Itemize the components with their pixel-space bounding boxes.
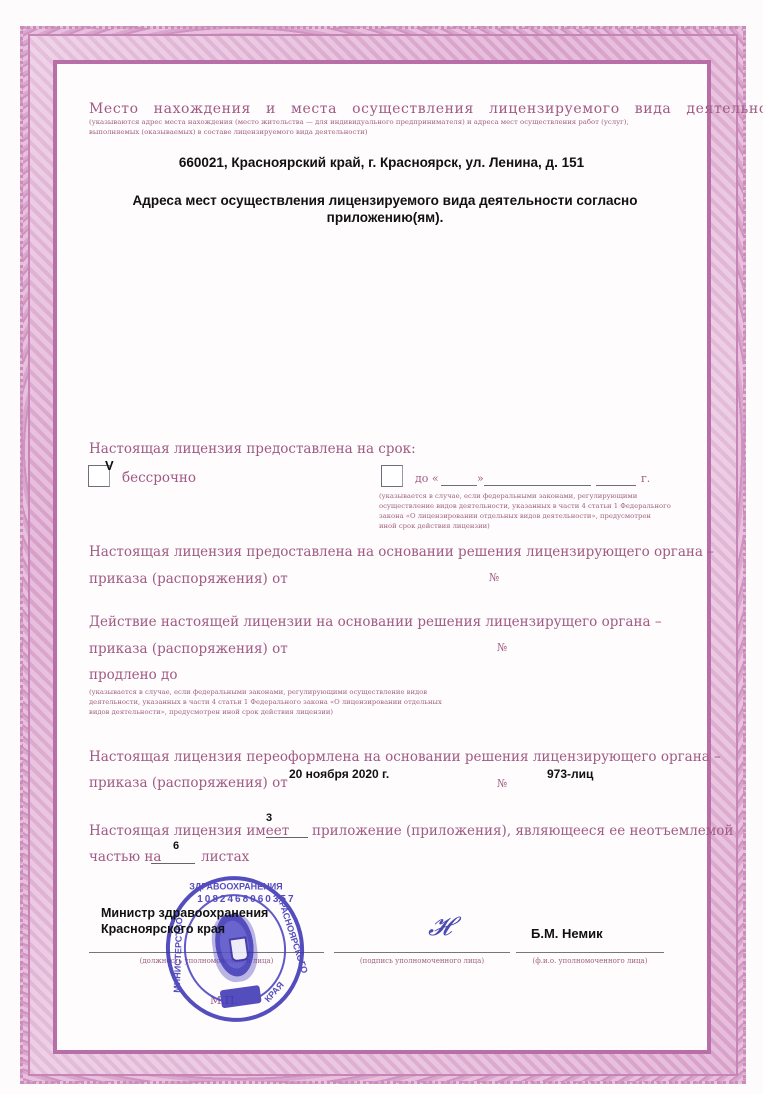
appendix-line1-before: Настоящая лицензия имеет bbox=[89, 823, 289, 839]
until-prefix: до « bbox=[415, 472, 439, 485]
appendix-line2-after: листах bbox=[201, 849, 249, 865]
shield-icon bbox=[229, 936, 250, 962]
until-note-line2: осуществление видов деятельности, указан… bbox=[379, 501, 671, 511]
until-note-line1: (указывается в случае, если федеральными… bbox=[379, 491, 637, 501]
signature-caption: (подпись уполномоченного лица) bbox=[334, 956, 510, 966]
position-line2: Красноярского края bbox=[101, 922, 225, 936]
name-caption: (ф.и.о. уполномоченного лица) bbox=[516, 956, 664, 966]
until-day-field[interactable] bbox=[441, 485, 477, 486]
until-year-suffix: г. bbox=[641, 472, 650, 485]
reissue-line2: приказа (распоряжения) от bbox=[89, 775, 288, 791]
indefinite-label: бессрочно bbox=[122, 470, 196, 486]
addresses-note-line2: приложению(ям). bbox=[60, 210, 710, 225]
granted-line1: Настоящая лицензия предоставлена на осно… bbox=[89, 544, 714, 560]
extension-note-line3: видов деятельности», предусмотрен иной с… bbox=[89, 707, 333, 717]
license-address: 660021, Красноярский край, г. Красноярск… bbox=[0, 155, 763, 170]
stamp-top-text: ЗДРАВООХРАНЕНИЯ bbox=[189, 881, 282, 891]
extension-line2: приказа (распоряжения) от bbox=[89, 641, 288, 657]
location-note-line2: выполняемых (оказываемых) в составе лице… bbox=[89, 127, 367, 137]
name-line bbox=[516, 952, 664, 953]
signature-line bbox=[334, 952, 510, 953]
handwritten-signature: 𝓗 bbox=[428, 912, 451, 943]
reissue-number-sign: № bbox=[497, 777, 507, 790]
reissue-order-date: 20 ноября 2020 г. bbox=[289, 767, 389, 781]
position-line1: Министр здравоохранения bbox=[101, 906, 268, 920]
addresses-note-line1: Адреса мест осуществления лицензируемого… bbox=[60, 193, 710, 208]
signatory-name: Б.М. Немик bbox=[531, 926, 603, 941]
until-month-field[interactable] bbox=[484, 485, 591, 486]
extension-line1: Действие настоящей лицензии на основании… bbox=[89, 614, 662, 630]
extension-note-line2: деятельности, указанных в части 4 статьи… bbox=[89, 697, 442, 707]
location-note-line1: (указываются адрес места нахождения (мес… bbox=[89, 117, 629, 127]
sheet-count-field bbox=[151, 863, 195, 864]
extension-note-line1: (указывается в случае, если федеральными… bbox=[89, 687, 427, 697]
appendix-count: 3 bbox=[266, 812, 272, 824]
granted-number-sign: № bbox=[489, 571, 499, 584]
appendix-count-field bbox=[266, 837, 308, 838]
until-year-field[interactable] bbox=[596, 485, 636, 486]
until-note-line3: закона «О лицензировании отдельных видов… bbox=[379, 511, 651, 521]
sheet-count: 6 bbox=[173, 840, 179, 852]
until-note-line4: иной срок действия лицензии) bbox=[379, 521, 490, 531]
until-date-checkbox[interactable] bbox=[381, 465, 403, 487]
indefinite-check-mark: V bbox=[105, 458, 114, 473]
until-quote-close: » bbox=[477, 472, 484, 485]
granted-line2: приказа (распоряжения) от bbox=[89, 571, 288, 587]
location-heading: Место нахождения и места осуществления л… bbox=[89, 101, 763, 117]
term-heading: Настоящая лицензия предоставлена на срок… bbox=[89, 441, 416, 457]
appendix-line1-after: приложение (приложения), являющееся ее н… bbox=[312, 823, 733, 839]
reissue-line1: Настоящая лицензия переоформлена на осно… bbox=[89, 749, 721, 765]
extension-number-sign: № bbox=[497, 641, 507, 654]
reissue-order-number: 973-лиц bbox=[547, 767, 593, 781]
extended-until-label: продлено до bbox=[89, 667, 178, 683]
